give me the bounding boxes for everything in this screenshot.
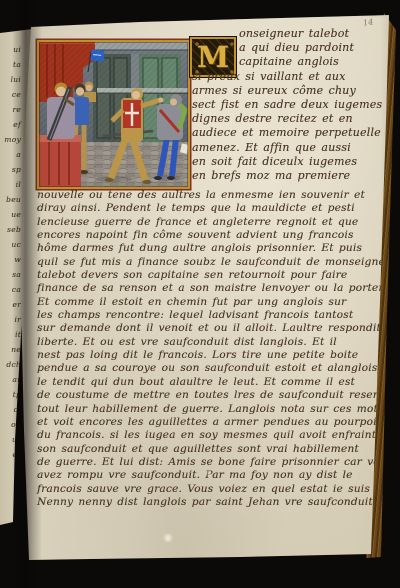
text-line: les champs rencontre: lequel ladvisant f… — [37, 309, 389, 322]
facing-page-fragment: s — [0, 462, 27, 477]
text-line: finance de sa renson et a son maistre le… — [37, 282, 389, 295]
miniature-scene — [39, 42, 188, 187]
text-line: de coustume de mettre en toutes lres de … — [37, 389, 389, 402]
text-line: sur demande dont il venoit et ou il allo… — [37, 322, 389, 335]
text-line: son saufconduit et que aguillettes sont … — [37, 443, 389, 456]
facing-page-fragment: oi — [0, 402, 27, 417]
facing-page-fragment: beu — [0, 192, 27, 207]
text-line: en brefs moz ma premiere — [192, 169, 392, 183]
facing-page-fragment: ui — [0, 42, 27, 57]
manuscript-page: 14 — [0, 0, 400, 588]
text-line: armes si eureux côme chuy — [192, 84, 392, 98]
parchment-stain — [162, 533, 174, 543]
text-line: si preux si vaillant et aux — [192, 70, 392, 84]
text-line: lencieuse guerre de france et angleterre… — [37, 216, 389, 229]
facing-page-fragment: a — [0, 147, 27, 162]
facing-page-fragment: ur — [0, 432, 27, 447]
text-line: onseigneur talebot — [239, 27, 392, 41]
facing-page-fragment: ta — [0, 57, 27, 72]
body-text-block: nouvelle ou tene des aultres la enmesme … — [37, 189, 389, 509]
text-line: de guerre. Et lui dist: Amis se bone fai… — [37, 456, 389, 469]
text-line: avez rompu vre saufconduit. Par ma foy n… — [37, 469, 389, 482]
text-line: du francois. si les iugea en soy mesmes … — [37, 429, 389, 442]
text-line: tout leur habillement de guerre. Langloi… — [37, 403, 389, 416]
facing-page-fragment: er — [0, 447, 27, 462]
miniature-illustration — [37, 40, 190, 189]
facing-page-fragment: ef — [0, 117, 27, 132]
text-line: Nenny nenny dist langlois par saint Jeha… — [37, 496, 389, 509]
facing-page-fragment: moy — [0, 132, 27, 147]
text-line: amenez. Et affin que aussi — [192, 141, 392, 155]
text-line: audiece et memoire perpetuelle — [192, 126, 392, 140]
manuscript-photo: uitaluicereefmoyaspilbeuuesebucwsacaerir… — [0, 0, 400, 588]
facing-page-fragment: lui — [0, 72, 27, 87]
facing-page-fragment: il — [0, 177, 27, 192]
text-line: Et comme il estoit en chemin fut par ung… — [37, 296, 389, 309]
text-line: encores napoint fin côme souvent advient… — [37, 229, 389, 242]
text-line: dignes destre recitez et en — [192, 112, 392, 126]
text-line: sect fist en sadre deux iugemes — [192, 98, 392, 112]
text-line: le tendit qui dun bout alaultre le leut.… — [37, 376, 389, 389]
facing-page-fragment: el — [0, 477, 27, 492]
opening-text-block: onseigneur talebota qui dieu pardointcap… — [192, 27, 392, 183]
text-line: talebot devers son capitaine sen retourn… — [37, 269, 389, 282]
text-line: francois sauve vre grace. Vous voiez en … — [37, 483, 389, 496]
facing-page-fragment: ce — [0, 87, 27, 102]
text-line: quil se fut mis a finance soubz le saufc… — [37, 256, 389, 269]
text-line: hôme darmes fut dung aultre anglois pris… — [37, 242, 389, 255]
text-line: nouvelle ou tene des aultres la enmesme … — [37, 189, 389, 202]
text-line: en soit fait diceulx iugemes — [192, 155, 392, 169]
text-line: nest pas loing dit le francois. Lors tir… — [37, 349, 389, 362]
drape-table — [39, 135, 81, 187]
text-line: et voit encores les aguillettes a armer … — [37, 416, 389, 429]
facing-page-fragment: on — [0, 417, 27, 432]
text-line: pendue a sa couroye ou son saufconduit e… — [37, 362, 389, 375]
text-line: liberte. Et ou est vre saufconduit dist … — [37, 336, 389, 349]
parchment-stain — [205, 470, 213, 477]
text-line: a qui dieu pardoint — [239, 41, 392, 55]
facing-page-fragment: tp — [0, 387, 27, 402]
text-line: diray ainsi. Pendent le temps que la mau… — [37, 202, 389, 215]
facing-page-fragment: re — [0, 102, 27, 117]
facing-page-fragment: sp — [0, 162, 27, 177]
text-line: capitaine anglois — [239, 55, 392, 69]
